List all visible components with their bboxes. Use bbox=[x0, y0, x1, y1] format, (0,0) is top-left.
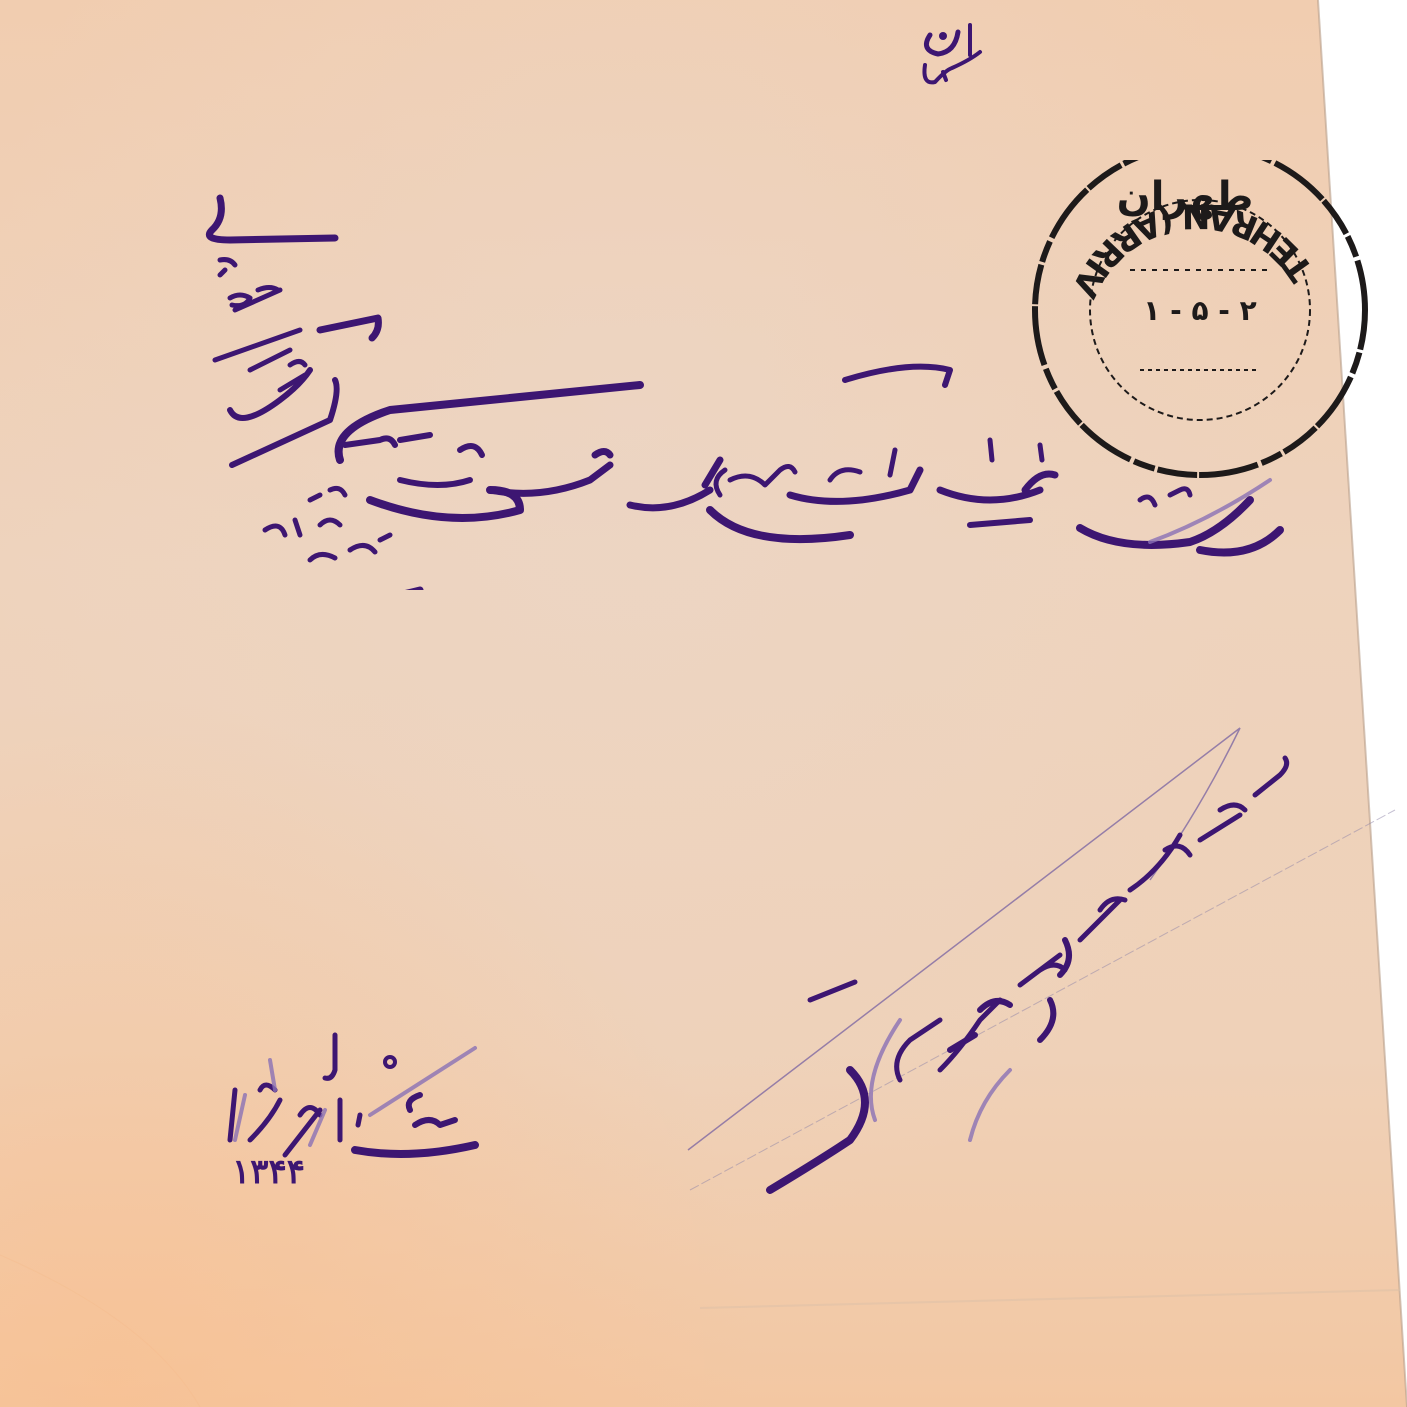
date-year: ۱۳۴۴ bbox=[232, 1152, 305, 1192]
